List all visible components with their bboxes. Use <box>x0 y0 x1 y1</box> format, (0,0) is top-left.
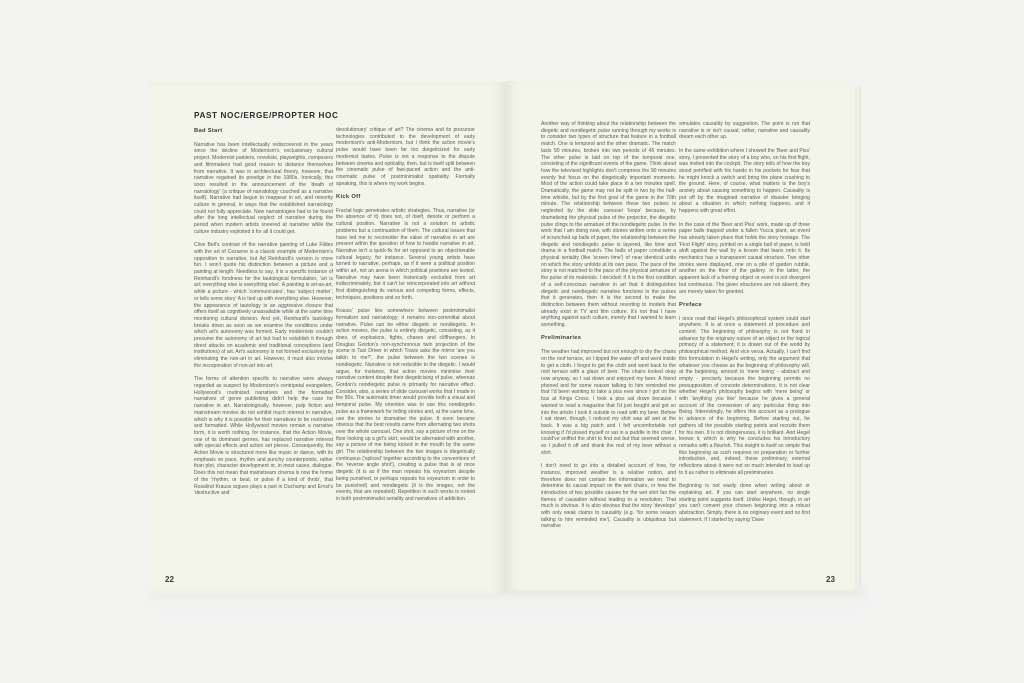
page-stack-bottom-edge <box>508 590 858 594</box>
paragraph: simulates causality by suggestion. The p… <box>679 121 810 141</box>
section-heading-preface: Preface <box>679 302 810 309</box>
left-column-1: Bad Start Narrative has been intellectua… <box>194 128 333 504</box>
paragraph: Krauss' pulse lies somewhere between pos… <box>336 308 475 502</box>
right-column-1: Another way of thinking about the relati… <box>541 121 676 537</box>
section-heading-preliminaries: Preliminaries <box>541 335 676 342</box>
chapter-title: PAST NOC/ERGE/PROPTER HOC <box>194 111 339 120</box>
paragraph: In the same exhibition where I showed th… <box>679 148 810 215</box>
left-column-2: devolutionary' critique of art? The cine… <box>336 127 475 509</box>
page-number-left: 22 <box>165 575 174 584</box>
section-heading-kick-off: Kick Off <box>336 194 475 201</box>
paragraph: Fractal logic penetrates artistic strate… <box>336 208 475 302</box>
paragraph: Another way of thinking about the relati… <box>541 121 676 329</box>
page-number-right: 23 <box>826 575 835 584</box>
paragraph: I once read that Hegel's philosophical s… <box>679 316 810 477</box>
paragraph: devolutionary' critique of art? The cine… <box>336 127 475 187</box>
paragraph: Narrative has been intellectually redisc… <box>194 142 333 236</box>
paragraph: The forms of attention specific to narra… <box>194 376 333 497</box>
paragraph: The weather had improved but not enough … <box>541 349 676 456</box>
paragraph: Clive Bell's contrast of the narrative p… <box>194 242 333 369</box>
section-heading-bad-start: Bad Start <box>194 128 333 135</box>
paragraph: Beginning is not easily done when writin… <box>679 483 810 523</box>
right-column-2: simulates causality by suggestion. The p… <box>679 121 810 530</box>
paragraph: In the case of the 'Beer and Piss' work,… <box>679 222 810 296</box>
paragraph: I don't need to go into a detailed accou… <box>541 463 676 530</box>
